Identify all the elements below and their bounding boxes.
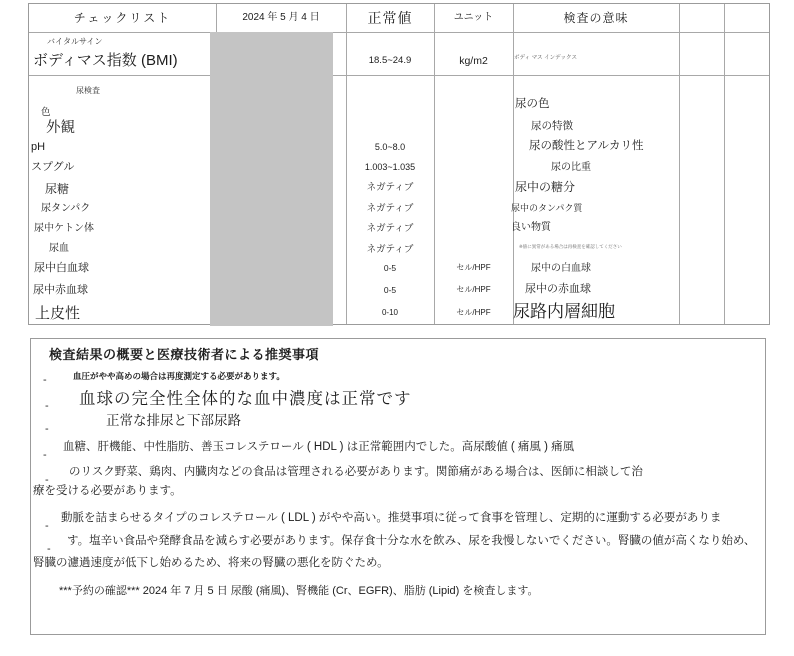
table-grid-line — [29, 32, 769, 33]
row-meaning-ph: 尿の酸性とアルカリ性 — [529, 140, 644, 152]
bullet-gout-risk-foods-cont: 療を受ける必要があります。 — [33, 485, 182, 497]
bullet-dash: - — [43, 450, 47, 461]
bullet-dash: - — [45, 401, 49, 412]
table-grid-line — [434, 4, 435, 324]
row-normal-sp-gravity: 1.003~1.035 — [346, 163, 434, 172]
section-vital-signs: バイタルサイン — [47, 38, 102, 46]
row-normal-ketone: ネガティブ — [346, 224, 434, 234]
row-meaning-rbc: 尿中の赤血球 — [525, 284, 591, 296]
header-date: 2024 年 5 月 4 日 — [216, 4, 346, 32]
row-unit-epithelial: セル/HPF — [434, 309, 513, 317]
row-normal-urine-protein: ネガティブ — [346, 204, 434, 214]
row-label-ketone: 尿中ケトン体 — [34, 224, 94, 235]
bullet-ldl-high: 動脈を詰まらせるタイプのコレステロール ( LDL ) がやや高い。推奨事項に従… — [61, 512, 721, 524]
header-checklist: チェックリスト — [29, 4, 216, 32]
row-label-urine-sugar: 尿糖 — [45, 183, 69, 196]
bullet-blood-cells-normal: 血球の完全性全体的な血中濃度は正常です — [79, 391, 412, 408]
row-label-color: 色 — [41, 108, 51, 118]
row-meaning-bmi: ボディ マス インデックス — [514, 56, 577, 62]
bullet-dash: - — [47, 544, 51, 555]
row-label-appearance: 外観 — [46, 121, 75, 136]
row-meaning-sp-gravity: 尿の比重 — [551, 163, 591, 174]
row-meaning-color: 尿の色 — [515, 98, 550, 110]
bullet-urination-normal: 正常な排尿と下部尿路 — [106, 414, 241, 428]
header-normal-value: 正常値 — [346, 4, 434, 32]
row-label-epithelial: 上皮性 — [35, 306, 80, 322]
row-normal-wbc: 0-5 — [346, 264, 434, 273]
row-meaning-appearance: 尿の特徴 — [531, 121, 573, 132]
row-label-wbc: 尿中白血球 — [34, 263, 89, 275]
header-unit: ユニット — [434, 4, 513, 32]
row-label-urine-blood: 尿血 — [49, 244, 69, 255]
bullet-dash: - — [43, 375, 47, 386]
row-normal-epithelial: 0-10 — [346, 309, 434, 317]
row-unit-rbc: セル/HPF — [434, 286, 513, 294]
appointment-confirmation: ***予約の確認*** 2024 年 7 月 5 日 尿酸 (痛風)、腎機能 (… — [59, 586, 539, 598]
row-meaning-ketone: 良い物質 — [511, 223, 551, 234]
table-grid-line — [513, 4, 514, 324]
row-normal-urine-sugar: ネガティブ — [346, 183, 434, 193]
bullet-dash: - — [45, 521, 49, 532]
row-label-ph: pH — [31, 142, 45, 154]
row-meaning-wbc: 尿中の白血球 — [531, 264, 591, 275]
row-label-bmi: ボディマス指数 (BMI) — [33, 53, 178, 69]
bullet-diet-advice: す。塩辛い食品や発酵食品を減らす必要があります。保存食十分な水を飲み、尿を我慢し… — [67, 535, 755, 547]
bullet-blood-pressure: 血圧がやや高めの場合は再度測定する必要があります。 — [73, 372, 285, 381]
redacted-value-block — [210, 32, 333, 326]
header-meaning: 検査の意味 — [513, 4, 679, 32]
bullet-dash: - — [45, 424, 49, 435]
scanned-health-report: チェックリスト 2024 年 5 月 4 日 正常値 ユニット 検査の意味 バイ… — [0, 0, 794, 656]
row-label-urine-protein: 尿タンパク — [41, 204, 90, 215]
row-normal-bmi: 18.5~24.9 — [346, 56, 434, 66]
row-unit-bmi: kg/m2 — [434, 56, 513, 67]
row-unit-wbc: セル/HPF — [434, 264, 513, 272]
table-grid-line — [724, 4, 725, 324]
results-table: チェックリスト 2024 年 5 月 4 日 正常値 ユニット 検査の意味 バイ… — [28, 3, 770, 325]
row-normal-rbc: 0-5 — [346, 286, 434, 295]
row-meaning-urine-blood-fine-print: ※値に異常がある場合は再検査を確認してください — [519, 245, 622, 250]
row-label-sp-gravity: スプグル — [31, 162, 74, 174]
bullet-hdl-normal: 血糖、肝機能、中性脂肪、善玉コレステロール ( HDL ) は正常範囲内でした。… — [63, 441, 574, 453]
summary-title: 検査結果の概要と医療技術者による推奨事項 — [49, 348, 319, 362]
bullet-gout-risk-foods: のリスク野菜、鶏肉、内臓肉などの食品は管理される必要があります。関節痛がある場合… — [69, 466, 643, 478]
bullet-kidney-advice-cont: 腎臓の濾過速度が低下し始めるため、将来の腎臓の悪化を防ぐため。 — [33, 557, 389, 569]
row-normal-urine-blood: ネガティブ — [346, 245, 434, 255]
row-meaning-urine-sugar: 尿中の糖分 — [515, 181, 575, 194]
summary-box: 検査結果の概要と医療技術者による推奨事項 - 血圧がやや高めの場合は再度測定する… — [30, 338, 766, 635]
row-meaning-epithelial: 尿路内層細胞 — [513, 303, 615, 321]
row-label-rbc: 尿中赤血球 — [33, 285, 88, 297]
table-grid-line — [29, 75, 769, 76]
section-urine-test: 尿検査 — [76, 87, 100, 95]
row-meaning-urine-protein: 尿中のタンパク質 — [511, 204, 582, 213]
table-grid-line — [679, 4, 680, 324]
row-normal-ph: 5.0~8.0 — [346, 143, 434, 152]
